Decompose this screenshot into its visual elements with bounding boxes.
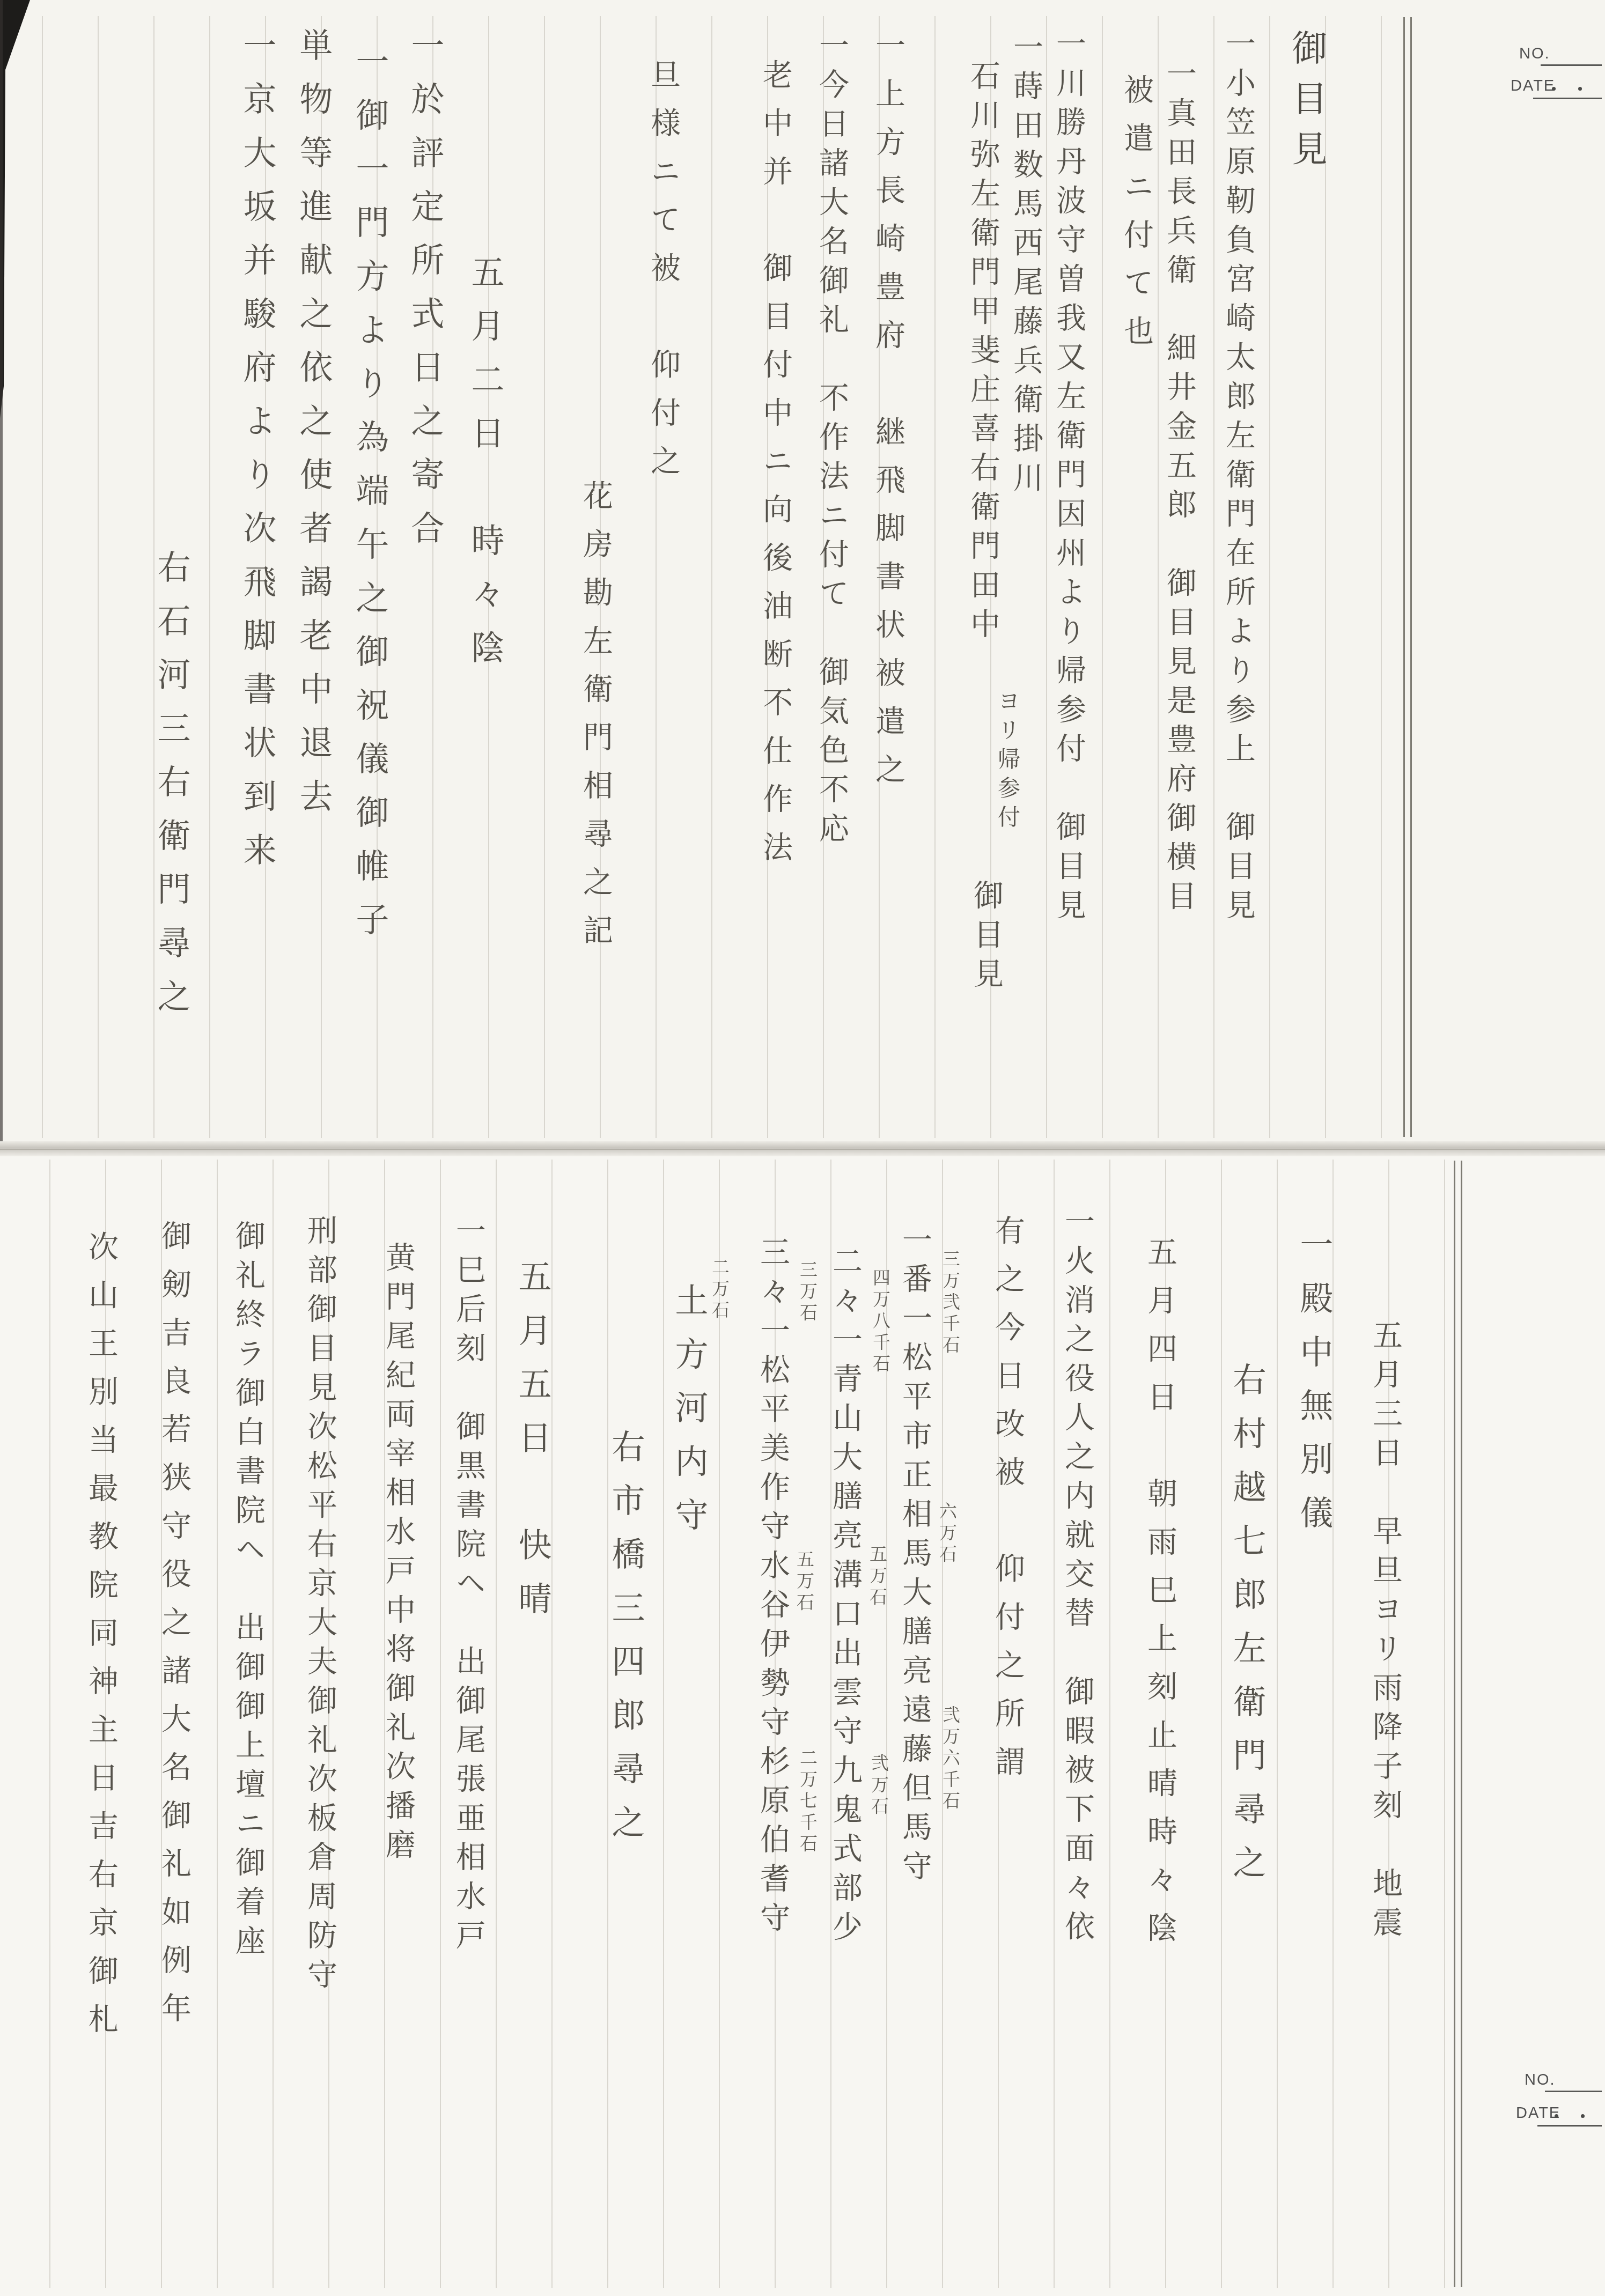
date-line-page1 [1533, 98, 1602, 99]
p2-column-kurошoin: 一巳后刻 御黒書院ヘ 出御尾張亜相水戸 [447, 1215, 490, 1959]
date-line-page2 [1537, 2125, 1602, 2127]
p1-column-hyojosho: 一於評定所式日之寄合 [401, 28, 449, 564]
koku-annotation: 三万石 [795, 1260, 820, 1325]
p2-column-hijikata: 土方河内守 [665, 1283, 713, 1551]
margin-rule-page2 [1454, 1161, 1462, 2287]
koku-annotation: 二万七千石 [795, 1748, 820, 1856]
koku-annotation: 三万弐千石 [938, 1250, 963, 1357]
p2-column-date-may3: 五月三日 早旦ヨリ雨降子刻 地震 [1364, 1319, 1407, 1946]
p2-column-komon: 黄門尾紀両宰相水戸中将御礼次播磨 [377, 1242, 419, 1868]
koku-annotation: 弐万石 [866, 1754, 892, 1818]
p1-column-omemie-sub: 御目見 [965, 880, 1007, 997]
date-label-page1: DATE [1511, 77, 1555, 95]
p2-column-group3: 三々一松平美作守水谷伊勢守杉原伯耆守 [751, 1236, 794, 1941]
p1-column-rochu: 老中并 御目付中ニ向後油断不仕作法 [754, 59, 797, 880]
date-label-page2: DATE [1516, 2105, 1560, 2122]
scan-edge-strip [0, 0, 3, 1141]
p1-column-yori-kisan: ヨリ帰参付 [991, 689, 1024, 834]
p2-column-sanno: 次山王別当最教院同神主日吉右京御札 [79, 1231, 122, 2051]
date-dot-icon [1555, 2114, 1558, 2118]
koku-annotation: 弐万六千石 [938, 1706, 963, 1813]
p1-column-osetsuke: 旦様ニて被 仰付之 [642, 59, 684, 493]
date-dot-icon [1578, 87, 1582, 91]
margin-rule-page1 [1403, 17, 1412, 1137]
date-dot-icon [1552, 87, 1556, 91]
p1-column-ogasawara: 一小笠原靭負宮崎太郎左衛門在所より参上 御目見 [1217, 28, 1260, 928]
no-label-page1: NO. [1519, 45, 1550, 63]
p2-column-hikeshi: 一火消之役人之内就交替 御暇被下面々依 [1056, 1206, 1099, 1950]
p2-column-ichihashi: 右市橋三四郎尋之 [602, 1429, 650, 1858]
p2-column-denchu: 一殿中無別儀 [1290, 1227, 1338, 1549]
no-line-page1 [1541, 64, 1602, 66]
p1-column-goichimon: 一御一門方より為端午之御祝儀御帷子 [346, 44, 394, 956]
p1-column-hanabusa: 花房勘左衛門相尋之記 [574, 480, 617, 963]
p1-column-kyo-osaka: 一京大坂并駿府より次飛脚書状到来 [233, 28, 281, 886]
p1-column-hakken: 被遣ニ付て也 [1115, 74, 1158, 364]
p1-column-sanada: 一真田長兵衛 細井金五郎 御目見是豊府御横目 [1158, 58, 1201, 919]
p2-column-group2: 二々一青山大膳亮溝口出雲守九鬼式部少 [823, 1245, 866, 1950]
p2-column-gyoken: 御剱吉良若狭守役之諸大名御礼如例年 [152, 1220, 195, 2041]
koku-annotation: 二万石 [707, 1258, 732, 1322]
p1-column-kawakatsu: 一川勝丹波守曽我又左衛門因州より帰参付 御目見 [1047, 28, 1090, 928]
p1-column-hitoemono: 単物等進献之依之使者謁老中退去 [290, 28, 337, 832]
p2-column-date-may4: 五月四日 朝雨巳上刻止晴時々陰 [1138, 1236, 1181, 1960]
p2-column-group1: 一番一松平市正相馬大膳亮遠藤但馬守 [893, 1224, 936, 1889]
p1-column-makita: 一蒔田数馬西尾藤兵衛掛川 [1004, 31, 1047, 501]
koku-annotation: 六万石 [934, 1502, 960, 1566]
page-crease-line [0, 1149, 1605, 1150]
p1-column-daimyo-orei: 一今日諸大名御礼 不作法ニ付て 御気色不応 [810, 29, 853, 852]
koku-annotation: 五万石 [865, 1545, 890, 1609]
p1-column-ishiko: 右石河三右衛門尋之 [148, 550, 195, 1032]
p1-column-kamigata: 一上方長崎豊府 継飛脚書状被遣之 [866, 29, 909, 802]
no-label-page2: NO. [1525, 2071, 1556, 2089]
koku-annotation: 五万石 [792, 1550, 817, 1614]
p2-column-shiroshoin: 御礼終ラ御白書院ヘ 出御御上壇ニ御着座 [226, 1220, 269, 1964]
p1-column-date-may2: 五月二日 時々陰 [461, 255, 509, 684]
p2-column-murakoshi: 右村越七郎左衛門尋之 [1223, 1362, 1271, 1899]
scan-edge-shadow [0, 0, 32, 424]
no-line-page2 [1545, 2091, 1602, 2092]
koku-annotation: 四万八千石 [868, 1268, 893, 1376]
p2-column-aritomo: 有之今日改被 仰付之所謂 [986, 1215, 1029, 1794]
date-dot-icon [1581, 2114, 1585, 2118]
p2-column-date-may5: 五月五日 快晴 [509, 1259, 556, 1635]
p2-column-gyobu: 刑部御目見次松平右京大夫御礼次板倉周防守 [298, 1215, 341, 1998]
page1-title-omemie: 御目見 [1281, 29, 1332, 181]
p1-column-ishikawa: 石川弥左衛門甲斐庄喜右衛門田中 [961, 60, 1004, 647]
